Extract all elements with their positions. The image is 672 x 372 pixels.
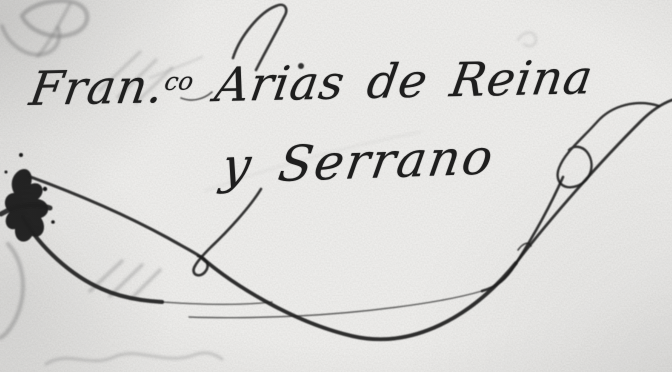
- scanned-document-page: Fran.co Arias de Reina y Serrano: [0, 0, 672, 372]
- signature-name-start: Fran: [26, 60, 152, 117]
- signature-name-rest: Arias de Reina: [188, 50, 597, 113]
- signature-line-2: y Serrano: [218, 129, 499, 195]
